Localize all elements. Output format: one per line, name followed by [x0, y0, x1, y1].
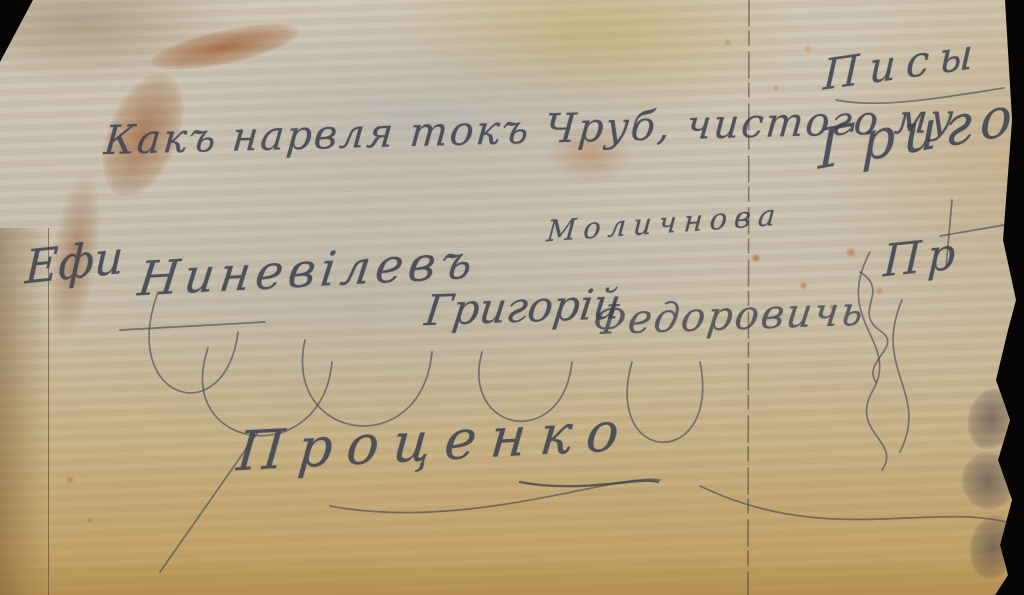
manuscript-photo: Какъ нарвля токъ Чруб, чистого му Моличн… [0, 0, 1024, 595]
flourish-stroke [627, 362, 703, 442]
handwriting-line-3-word-4: Федоровичь [590, 289, 867, 345]
handwriting-right-column-3: Пр [882, 228, 962, 288]
flourish-stroke [149, 292, 238, 393]
paper-sheet: Какъ нарвля токъ Чруб, чистого му Моличн… [0, 0, 1024, 595]
right-column-scribble [893, 300, 909, 452]
signature-underline [520, 481, 658, 486]
handwriting-line-3-word-1: Ефи [24, 230, 125, 295]
signature-sweep [330, 479, 660, 512]
flourish-stroke [120, 322, 265, 330]
